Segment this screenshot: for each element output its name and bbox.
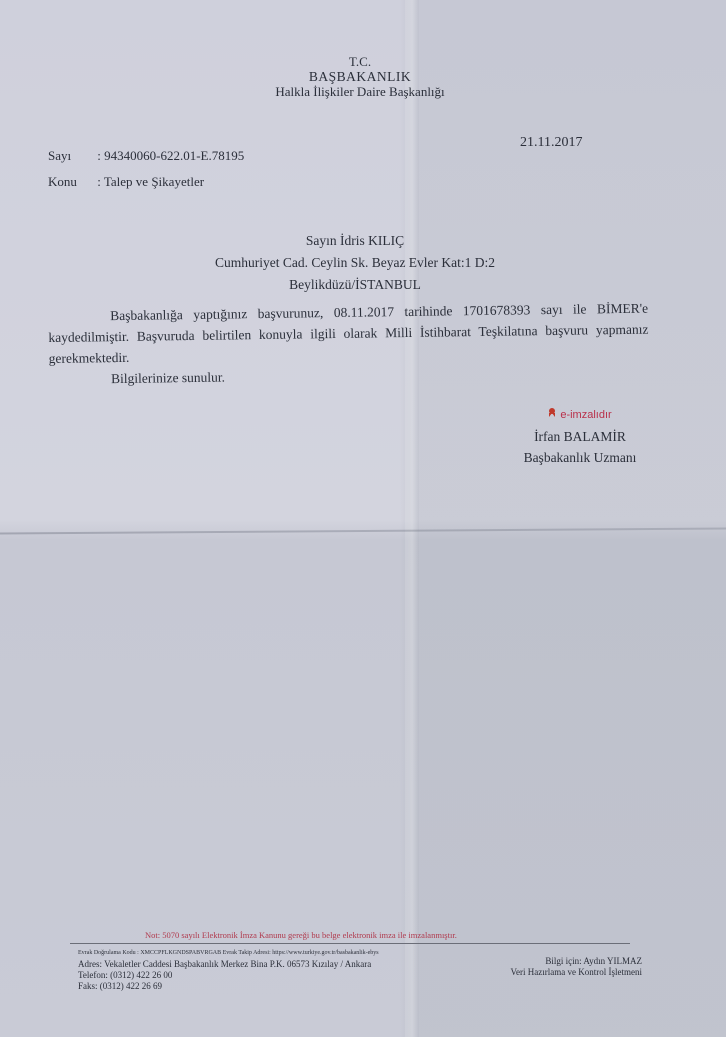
footer-info: Bilgi için: Aydın YILMAZ Veri Hazırlama …: [492, 956, 642, 978]
award-ribbon-icon: [548, 408, 556, 419]
letterhead-ministry: BAŞBAKANLIK: [230, 69, 490, 84]
letterhead-department: Halkla İlişkiler Daire Başkanlığı: [230, 84, 490, 99]
letter-date: 21.11.2017: [520, 135, 582, 151]
subject-row: Konu : Talep ve Şikayetler: [48, 174, 204, 190]
verification-code: Evrak Doğrulama Kodu : XMCCPFLKGNDSPABVR…: [78, 948, 379, 959]
subject-value: : Talep ve Şikayetler: [97, 174, 204, 189]
letterhead: T.C. BAŞBAKANLIK Halkla İlişkiler Daire …: [230, 54, 490, 99]
subject-label: Konu: [48, 174, 94, 190]
footer-divider: [70, 943, 630, 944]
addressee-name: Sayın İdris KILIÇ: [180, 230, 530, 252]
paper-fold-vertical: [405, 0, 419, 1037]
footer-fax: Faks: (0312) 422 26 69: [78, 981, 379, 992]
info-unit: Veri Hazırlama ve Kontrol İşletmeni: [492, 967, 642, 978]
signer-name: İrfan BALAMİR: [500, 426, 660, 447]
body-paragraph: Başbakanlığa yaptığınız başvurunuz, 08.1…: [48, 298, 649, 369]
footer-phone: Telefon: (0312) 422 26 00: [78, 970, 379, 981]
signature-block: e-imzalıdır İrfan BALAMİR Başbakanlık Uz…: [500, 405, 660, 468]
footer-address: Adres: Vekaletler Caddesi Başbakanlık Me…: [78, 959, 379, 970]
e-signature-badge: e-imzalıdır: [500, 405, 660, 426]
addressee-block: Sayın İdris KILIÇ Cumhuriyet Cad. Ceylin…: [180, 230, 530, 296]
letterhead-country: T.C.: [230, 54, 490, 69]
e-signature-note: Not: 5070 sayılı Elektronik İmza Kanunu …: [145, 930, 457, 940]
reference-label: Sayı: [48, 148, 94, 164]
reference-number-row: Sayı : 94340060-622.01-E.78195: [48, 148, 244, 164]
addressee-street: Cumhuriyet Cad. Ceylin Sk. Beyaz Evler K…: [180, 252, 530, 274]
letter-body: Başbakanlığa yaptığınız başvurunuz, 08.1…: [48, 298, 649, 390]
reference-value: : 94340060-622.01-E.78195: [97, 148, 244, 163]
footer-contact: Evrak Doğrulama Kodu : XMCCPFLKGNDSPABVR…: [78, 948, 379, 992]
signer-title: Başbakanlık Uzmanı: [500, 447, 660, 468]
info-contact: Bilgi için: Aydın YILMAZ: [492, 956, 642, 967]
addressee-city: Beylikdüzü/İSTANBUL: [180, 274, 530, 296]
e-signature-label: e-imzalıdır: [560, 409, 611, 421]
